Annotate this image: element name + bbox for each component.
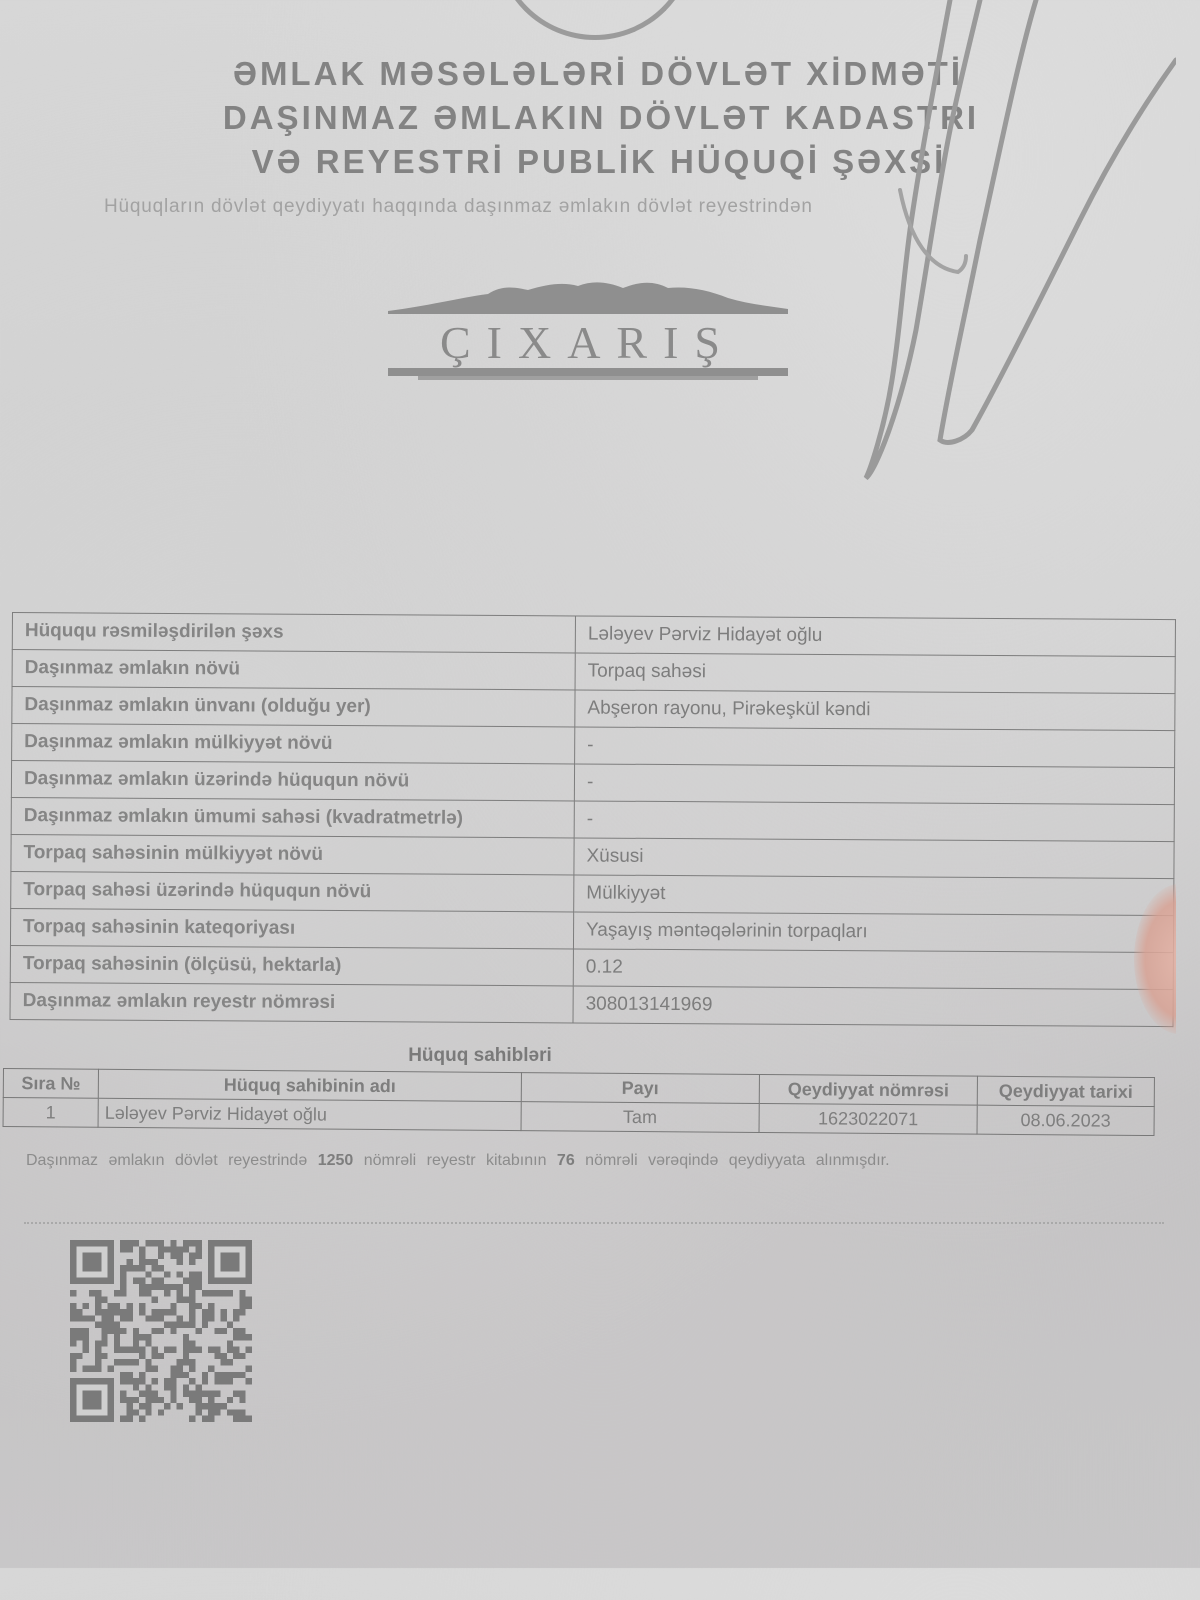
document-title-banner: ÇIXARIŞ [388,276,788,386]
column-header-name: Hüquq sahibinin adı [98,1069,521,1101]
row-label: Daşınmaz əmlakın reyestr nömrəsi [10,982,573,1022]
row-value: Mülkiyyət [574,875,1174,916]
row-value: 308013141969 [573,986,1173,1027]
column-header-registration-number: Qeydiyyat nömrəsi [759,1074,977,1105]
holder-share: Tam [521,1102,760,1133]
dotted-separator [24,1222,1164,1224]
row-value: - [574,801,1174,842]
row-value: Abşeron rayonu, Pirəkeşkül kəndi [575,690,1175,731]
qr-code-icon [70,1240,252,1422]
state-emblem-icon [495,0,695,40]
note-suffix: nömrəli vərəqində qeydiyyata alınmışdır. [585,1152,889,1169]
row-label: Daşınmaz əmlakın ünvanı (olduğu yer) [12,687,575,727]
note-prefix: Daşınmaz əmlakın dövlət reyestrində [26,1152,307,1169]
row-value: Xüsusi [574,838,1174,879]
row-label: Torpaq sahəsinin mülkiyyət növü [11,834,574,874]
row-label: Daşınmaz əmlakın üzərində hüququn növü [11,761,574,801]
holder-registration-date: 08.06.2023 [977,1105,1154,1135]
registration-note: Daşınmaz əmlakın dövlət reyestrində 1250… [26,1152,1090,1170]
note-book-number: 1250 [318,1152,354,1169]
org-title-line-2: DAŞINMAZ ƏMLAKIN DÖVLƏT KADASTRI [26,96,1176,140]
holder-name: Lələyev Pərviz Hidayət oğlu [98,1098,521,1130]
rights-holders-title: Hüquq sahibləri [0,1045,960,1067]
rights-holders-table: Sıra № Hüquq sahibinin adı Payı Qeydiyya… [3,1068,1155,1136]
org-title-line-3: VƏ REYESTRİ PUBLİK HÜQUQİ ŞƏXSİ [22,140,1176,184]
holder-number: 1 [3,1098,98,1128]
row-value: Yaşayış məntəqələrinin torpaqları [573,912,1173,953]
column-header-number: Sıra № [3,1069,98,1099]
row-value: - [574,764,1174,805]
row-value: - [575,727,1175,768]
column-header-share: Payı [521,1073,760,1104]
row-label: Daşınmaz əmlakın ümumi sahəsi (kvadratme… [11,797,574,837]
org-title-line-1: ƏMLAK MƏSƏLƏLƏRİ DÖVLƏT XİDMƏTİ [20,52,1176,96]
row-label: Hüququ rəsmiləşdirilən şəxs [12,613,575,653]
row-label: Daşınmaz əmlakın növü [12,650,575,690]
document-subtitle: Hüquqların dövlət qeydiyyatı haqqında da… [104,196,1176,218]
row-value: Lələyev Pərviz Hidayət oğlu [575,616,1175,657]
row-label: Daşınmaz əmlakın mülkiyyət növü [12,724,575,764]
row-value: 0.12 [573,949,1173,990]
row-label: Torpaq sahəsinin (ölçüsü, hektarla) [10,945,573,985]
note-page-number: 76 [557,1152,575,1169]
note-middle: nömrəli reyestr kitabının [364,1152,547,1169]
holder-registration-number: 1623022071 [759,1103,977,1134]
column-header-registration-date: Qeydiyyat tarixi [977,1076,1154,1106]
organization-title: ƏMLAK MƏSƏLƏLƏRİ DÖVLƏT XİDMƏTİ DAŞINMAZ… [0,52,1176,184]
row-label: Torpaq sahəsi üzərində hüququn növü [11,871,574,911]
row-value: Torpaq sahəsi [575,653,1175,694]
row-label: Torpaq sahəsinin kateqoriyası [10,908,573,948]
table-row: Daşınmaz əmlakın reyestr nömrəsi 3080131… [10,982,1173,1026]
property-details-table: Hüququ rəsmiləşdirilən şəxs Lələyev Pərv… [10,612,1176,1027]
document-title: ÇIXARIŞ [388,316,788,369]
